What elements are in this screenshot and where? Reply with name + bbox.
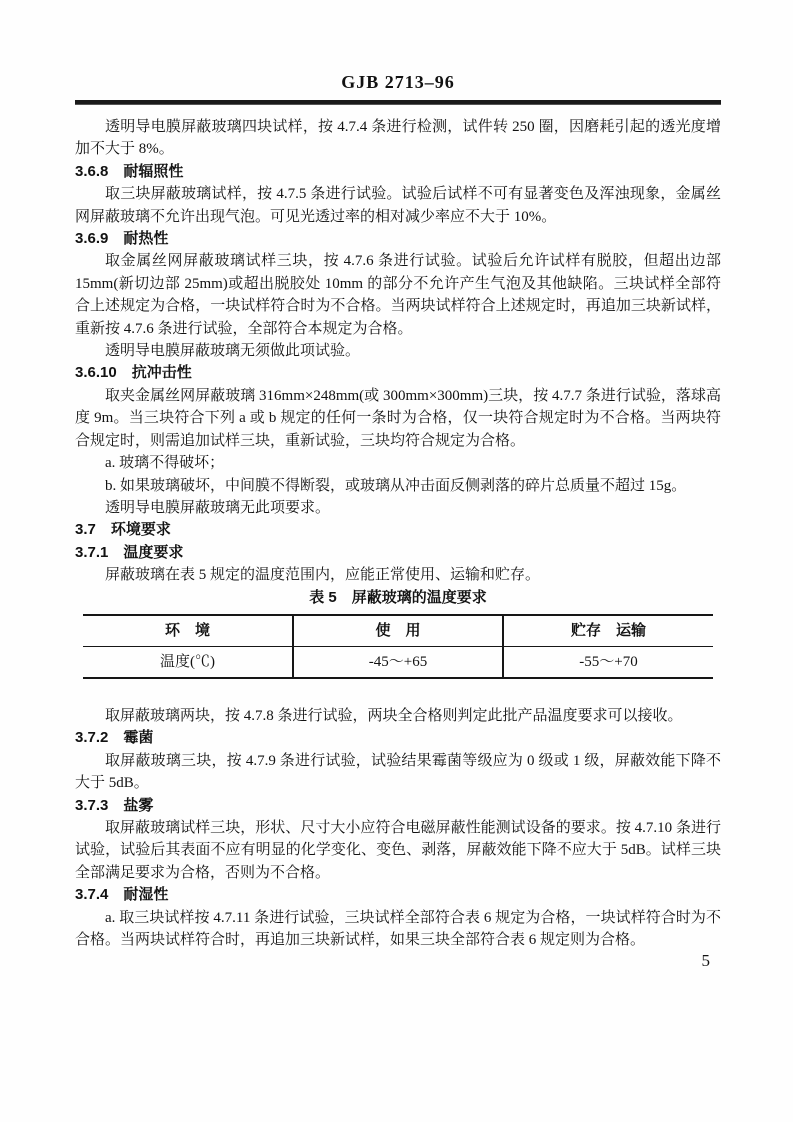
table-5-caption: 表 5 屏蔽玻璃的温度要求 bbox=[75, 587, 721, 609]
section-heading-3-6-9: 3.6.9 耐热性 bbox=[75, 228, 721, 250]
page-content: GJB 2713–96 透明导电膜屏蔽玻璃四块试样，按 4.7.4 条进行检测，… bbox=[75, 0, 721, 951]
table-header-row: 环 境 使 用 贮存 运输 bbox=[83, 615, 713, 647]
section-heading-3-7-2: 3.7.2 霉菌 bbox=[75, 727, 721, 749]
list-item-a: a. 玻璃不得破坏； bbox=[75, 452, 721, 474]
table-cell-temperature-label: 温度(℃) bbox=[83, 646, 293, 678]
section-heading-3-7: 3.7 环境要求 bbox=[75, 519, 721, 541]
paragraph-temp-test: 取屏蔽玻璃两块，按 4.7.8 条进行试验，两块全合格则判定此批产品温度要求可以… bbox=[75, 705, 721, 727]
page-number: 5 bbox=[702, 950, 711, 972]
paragraph-3-6-8: 取三块屏蔽玻璃试样，按 4.7.5 条进行试验。试验后试样不可有显著变色及浑浊现… bbox=[75, 183, 721, 228]
section-heading-3-6-10: 3.6.10 抗冲击性 bbox=[75, 362, 721, 384]
paragraph-3-6-10: 取夹金属丝网屏蔽玻璃 316mm×248mm(或 300mm×300mm)三块，… bbox=[75, 385, 721, 452]
table-cell-use-range: -45～+65 bbox=[293, 646, 503, 678]
document-body: 透明导电膜屏蔽玻璃四块试样，按 4.7.4 条进行检测，试件转 250 圈，因磨… bbox=[75, 116, 721, 951]
paragraph-3-6-10-note: 透明导电膜屏蔽玻璃无此项要求。 bbox=[75, 497, 721, 519]
section-heading-3-7-1: 3.7.1 温度要求 bbox=[75, 542, 721, 564]
document-page: GJB 2713–96 透明导电膜屏蔽玻璃四块试样，按 4.7.4 条进行检测，… bbox=[0, 0, 793, 1122]
paragraph-3-7-1: 屏蔽玻璃在表 5 规定的温度范围内，应能正常使用、运输和贮存。 bbox=[75, 564, 721, 586]
paragraph-3-7-2: 取屏蔽玻璃三块，按 4.7.9 条进行试验，试验结果霉菌等级应为 0 级或 1 … bbox=[75, 750, 721, 795]
paragraph-abrasion: 透明导电膜屏蔽玻璃四块试样，按 4.7.4 条进行检测，试件转 250 圈，因磨… bbox=[75, 116, 721, 161]
table-header-environment: 环 境 bbox=[83, 615, 293, 647]
paragraph-3-6-9: 取金属丝网屏蔽玻璃试样三块，按 4.7.6 条进行试验。试验后允许试样有脱胶，但… bbox=[75, 250, 721, 340]
section-heading-3-7-4: 3.7.4 耐湿性 bbox=[75, 884, 721, 906]
paragraph-3-6-9-note: 透明导电膜屏蔽玻璃无须做此项试验。 bbox=[75, 340, 721, 362]
table-cell-storage-range: -55～+70 bbox=[503, 646, 713, 678]
table-row: 温度(℃) -45～+65 -55～+70 bbox=[83, 646, 713, 678]
header-rule bbox=[75, 100, 721, 105]
temperature-requirements-table: 环 境 使 用 贮存 运输 温度(℃) -45～+65 -55～+70 bbox=[83, 614, 713, 679]
section-heading-3-6-8: 3.6.8 耐辐照性 bbox=[75, 161, 721, 183]
paragraph-3-7-3: 取屏蔽玻璃试样三块，形状、尺寸大小应符合电磁屏蔽性能测试设备的要求。按 4.7.… bbox=[75, 817, 721, 884]
standard-number-header: GJB 2713–96 bbox=[75, 70, 721, 94]
table-header-use: 使 用 bbox=[293, 615, 503, 647]
section-heading-3-7-3: 3.7.3 盐雾 bbox=[75, 795, 721, 817]
paragraph-3-7-4: a. 取三块试样按 4.7.11 条进行试验，三块试样全部符合表 6 规定为合格… bbox=[75, 907, 721, 952]
list-item-b: b. 如果玻璃破坏，中间膜不得断裂，或玻璃从冲击面反侧剥落的碎片总质量不超过 1… bbox=[75, 475, 721, 497]
table-header-storage-transport: 贮存 运输 bbox=[503, 615, 713, 647]
